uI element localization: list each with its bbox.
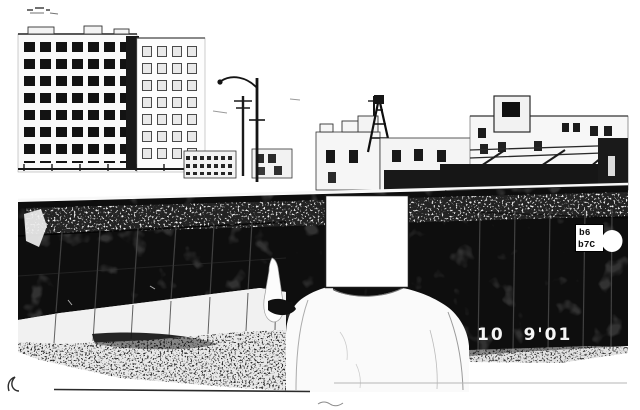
foia-code-line1: b6 bbox=[579, 227, 591, 238]
scanned-photo: b6 b7C 10 9'01 bbox=[0, 0, 640, 410]
face-redaction-box bbox=[326, 196, 409, 288]
foia-code-line2: b7C bbox=[578, 239, 595, 250]
window-grid bbox=[24, 42, 134, 163]
left-office-building bbox=[18, 26, 139, 172]
date-stamp: 10 9'01 bbox=[477, 325, 572, 345]
center-buildings bbox=[316, 116, 380, 190]
scanned-document-page: b6 b7C 10 9'01 bbox=[0, 0, 640, 410]
white-blob bbox=[602, 230, 623, 252]
